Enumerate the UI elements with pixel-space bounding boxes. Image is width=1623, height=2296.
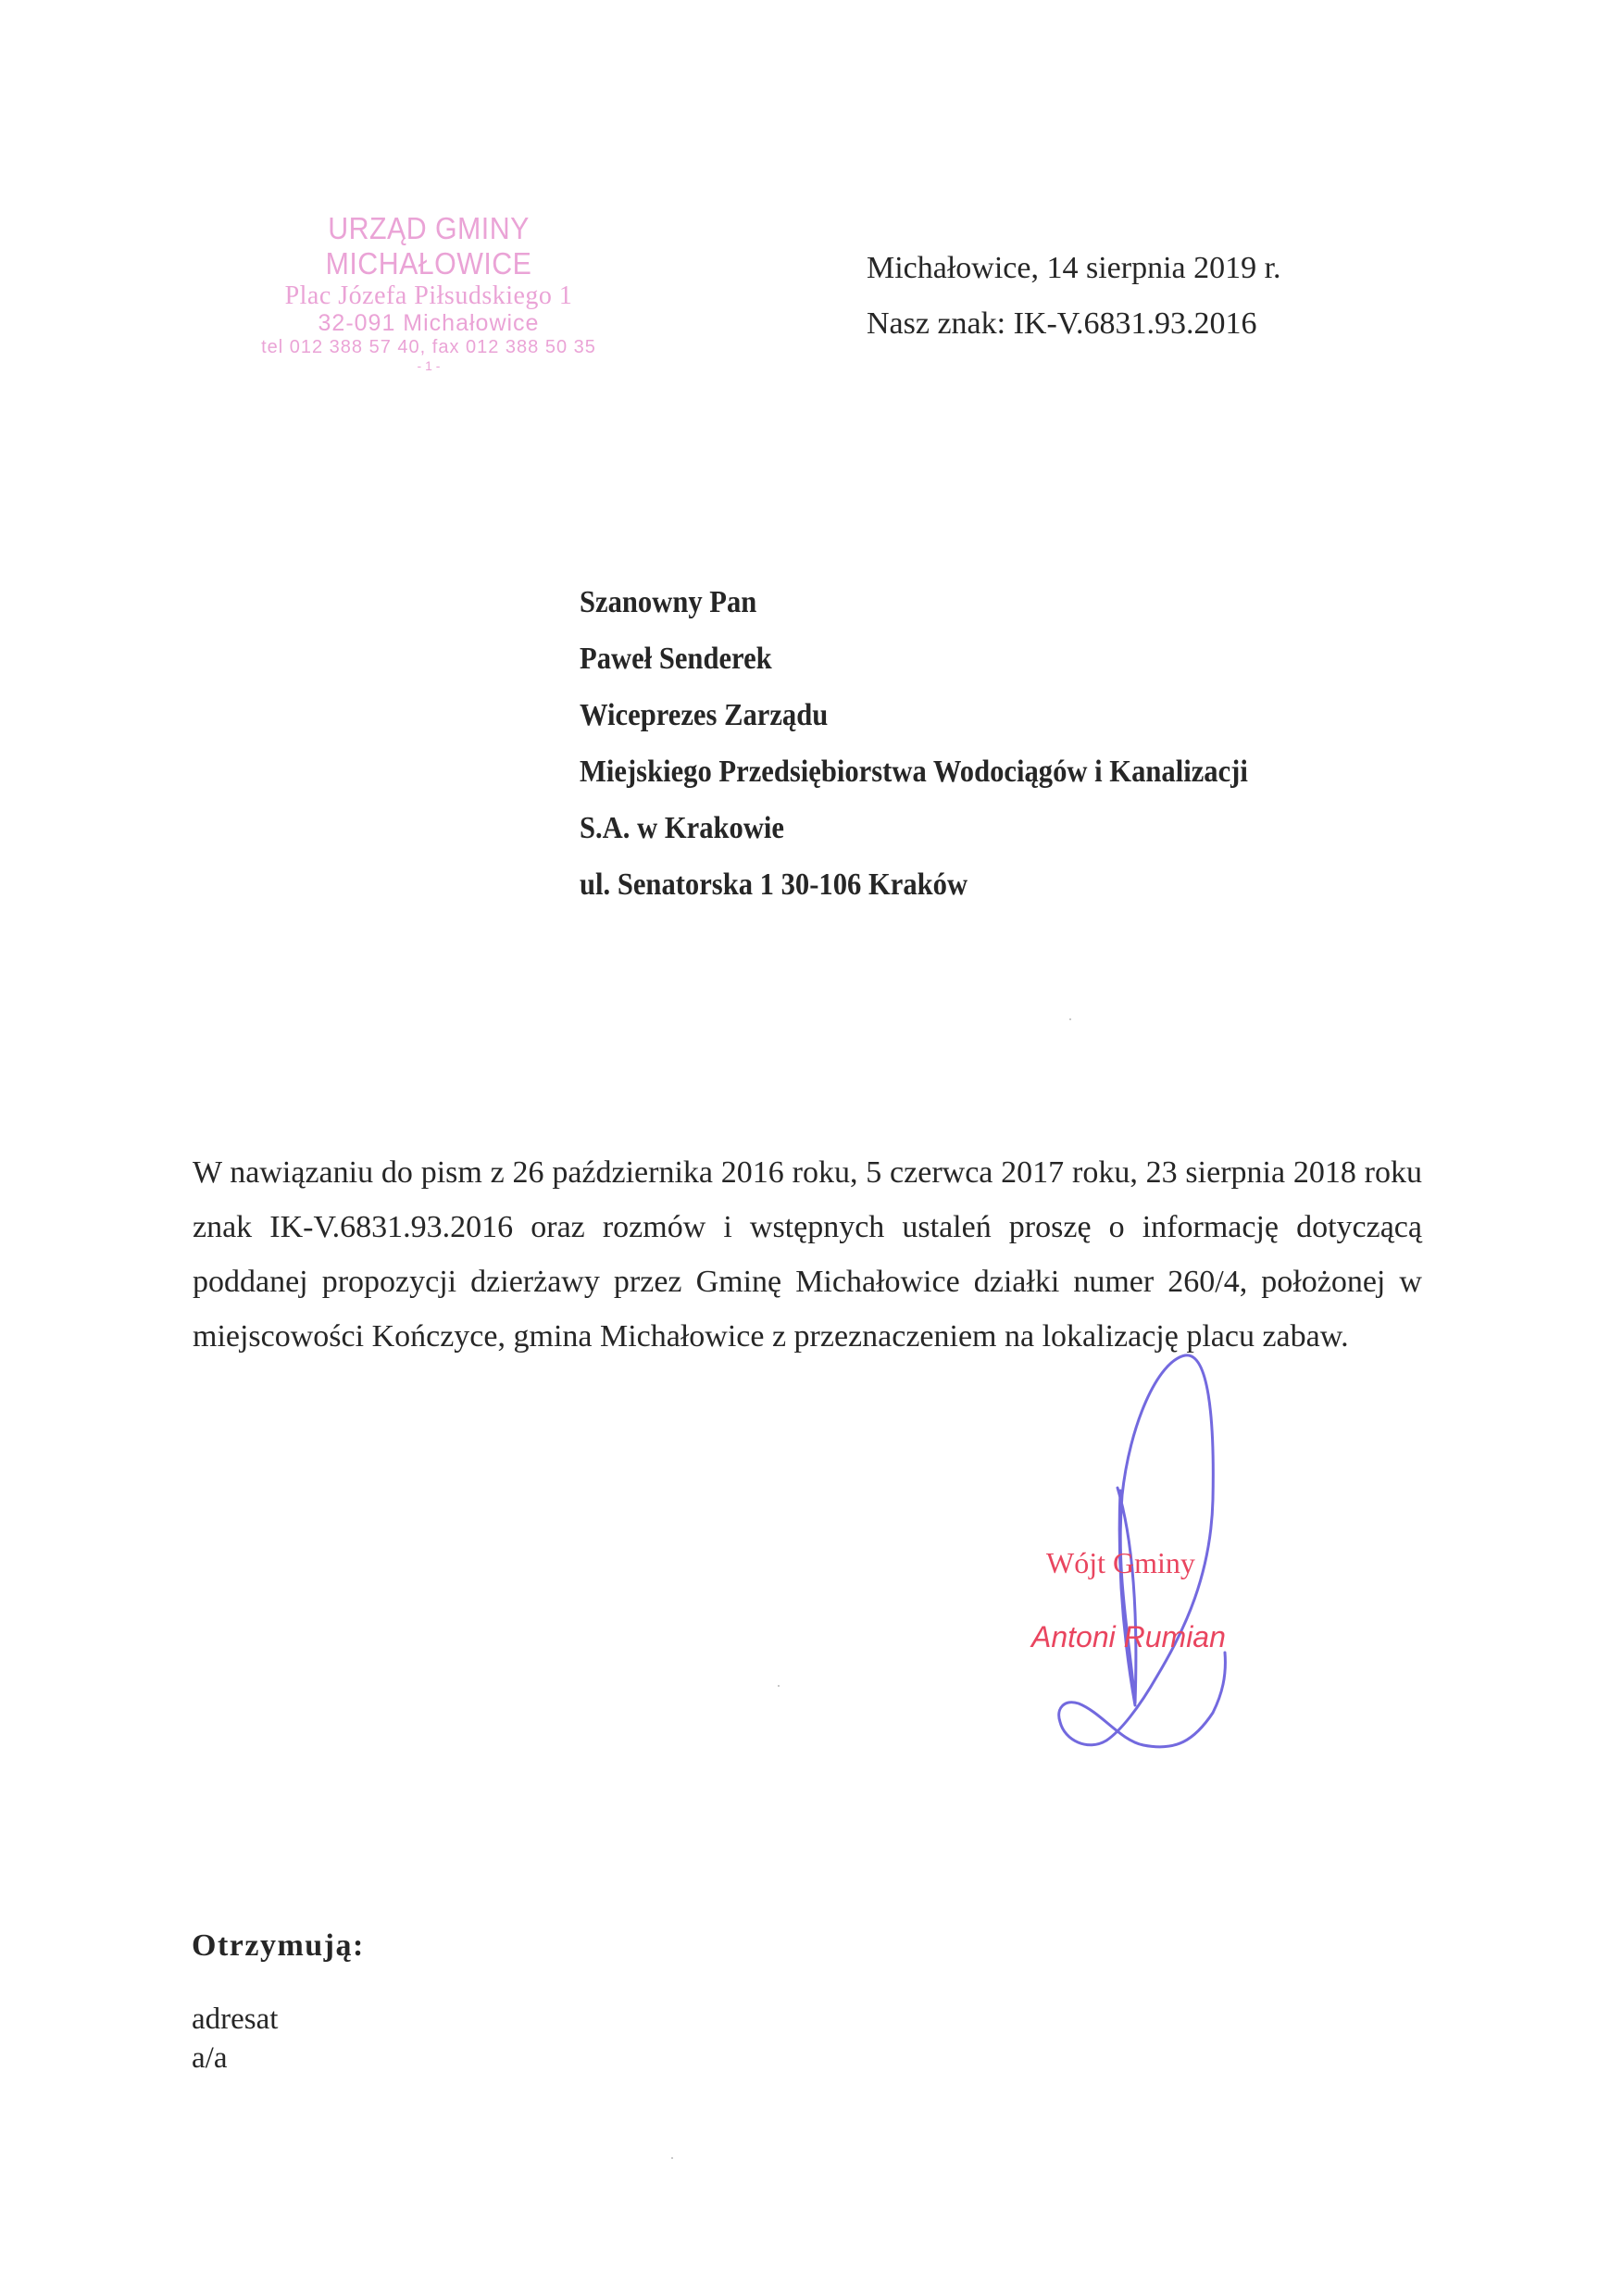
addressee-name: Paweł Senderek <box>580 630 1248 687</box>
signature-stamp-title: Wójt Gminy <box>1046 1546 1195 1580</box>
recipients-list: adresat a/a <box>192 2000 365 2078</box>
recipients-heading: Otrzymują: <box>192 1926 365 1966</box>
stamp-contact: tel 012 388 57 40, fax 012 388 50 35 <box>234 336 623 358</box>
scan-speck <box>1069 1018 1071 1020</box>
addressee-position: Wiceprezes Zarządu <box>580 687 1248 743</box>
addressee-company-city: S.A. w Krakowie <box>580 800 1248 856</box>
reference-number: Nasz znak: IK-V.6831.93.2016 <box>867 296 1281 352</box>
body-paragraph: W nawiązaniu do pism z 26 października 2… <box>193 1145 1422 1364</box>
addressee-company: Miejskiego Przedsiębiorstwa Wodociągów i… <box>580 743 1248 800</box>
stamp-mark: - 1 - <box>234 358 623 373</box>
letter-header: Michałowice, 14 sierpnia 2019 r. Nasz zn… <box>867 241 1281 352</box>
addressee-salutation: Szanowny Pan <box>580 574 1248 630</box>
addressee-block: Szanowny Pan Paweł Senderek Wiceprezes Z… <box>580 574 1322 913</box>
letter-page: URZĄD GMINY MICHAŁOWICE Plac Józefa Piłs… <box>0 0 1623 2296</box>
office-stamp: URZĄD GMINY MICHAŁOWICE Plac Józefa Piłs… <box>234 211 623 373</box>
stamp-title: URZĄD GMINY MICHAŁOWICE <box>250 211 607 281</box>
recipients-block: Otrzymują: adresat a/a <box>192 1926 365 2078</box>
recipient-item: a/a <box>192 2039 365 2078</box>
place-date: Michałowice, 14 sierpnia 2019 r. <box>867 241 1281 296</box>
recipient-item: adresat <box>192 2000 365 2039</box>
scan-speck <box>671 2157 673 2159</box>
stamp-postal: 32-091 Michałowice <box>234 310 623 336</box>
stamp-address: Plac Józefa Piłsudskiego 1 <box>234 281 623 310</box>
signature-stamp-name: Antoni Rumian <box>1031 1620 1226 1654</box>
signature-block: Wójt Gminy Antoni Rumian <box>1000 1333 1305 1778</box>
scan-speck <box>778 1685 780 1687</box>
addressee-street: ul. Senatorska 1 30-106 Kraków <box>580 856 1248 913</box>
letter-body: W nawiązaniu do pism z 26 października 2… <box>193 1145 1422 1364</box>
